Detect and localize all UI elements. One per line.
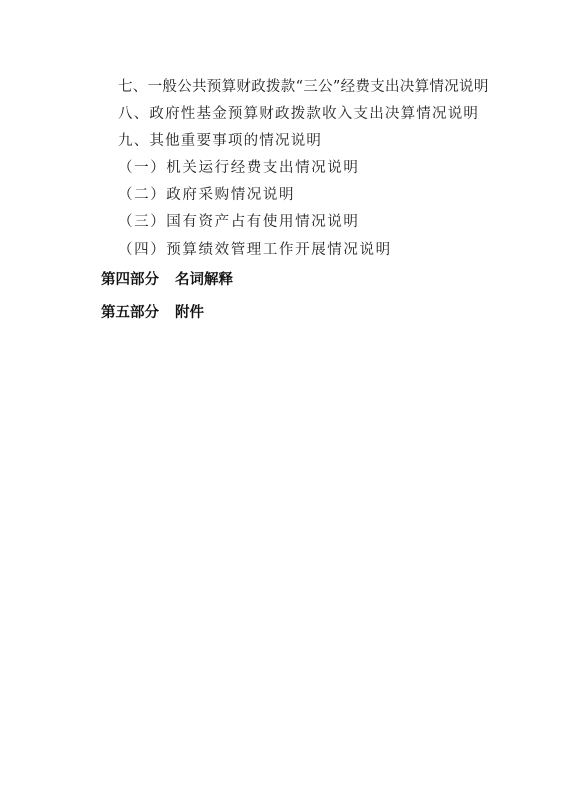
toc-subitem-2[interactable]: （二）政府采购情况说明 bbox=[118, 186, 295, 204]
part-title: 附件 bbox=[175, 305, 204, 321]
part-number: 第四部分 bbox=[101, 272, 159, 288]
toc-subitem-3[interactable]: （三）国有资产占有使用情况说明 bbox=[118, 213, 360, 231]
toc-item-8[interactable]: 八、政府性基金预算财政拨款收入支出决算情况说明 bbox=[118, 105, 479, 123]
toc-subitem-4[interactable]: （四）预算绩效管理工作开展情况说明 bbox=[118, 241, 392, 259]
toc-item-9[interactable]: 九、其他重要事项的情况说明 bbox=[118, 132, 322, 150]
part-number: 第五部分 bbox=[101, 305, 159, 321]
part-title: 名词解释 bbox=[175, 272, 233, 288]
toc-subitem-1[interactable]: （一）机关运行经费支出情况说明 bbox=[118, 159, 360, 177]
document-page: 七、一般公共预算财政拨款“三公”经费支出决算情况说明 八、政府性基金预算财政拨款… bbox=[0, 0, 565, 800]
toc-item-7[interactable]: 七、一般公共预算财政拨款“三公”经费支出决算情况说明 bbox=[118, 78, 489, 96]
toc-part-5[interactable]: 第五部分附件 bbox=[101, 304, 204, 322]
toc-part-4[interactable]: 第四部分名词解释 bbox=[101, 271, 233, 289]
